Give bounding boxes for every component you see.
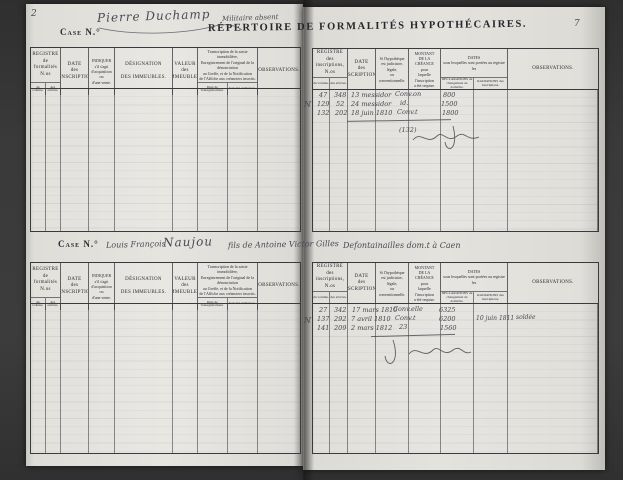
entry-declaration: 10 juin 1811 <box>476 315 514 322</box>
col-montant: MONTANT DE LA CRÉANCE pour laquelle l'in… <box>409 49 441 90</box>
transcriptions-table-bottom-body <box>31 304 300 453</box>
date-header: DATE des INSCRIPTIONS. <box>348 263 375 304</box>
col-date: DATE des INSCRIPTIONS. <box>348 263 376 304</box>
transcriptions-table-top-header: REGISTRE de formalités N.os du volume. d… <box>31 48 300 89</box>
signature-flourish <box>375 334 475 370</box>
sub-volume-header: du volume. <box>313 78 330 90</box>
mid-case-name-handwriting: Naujou <box>163 234 213 249</box>
col-registre: REGISTRE des inscriptions, N.os du volum… <box>313 263 348 304</box>
entry-hyp: 23 <box>399 323 407 331</box>
dates-header: DATES sous lesquelles sont portées au re… <box>441 263 507 291</box>
entry-montant: 800 <box>443 91 455 99</box>
inscriptions-table-bottom: REGISTRE des inscriptions, N.os du volum… <box>312 262 599 454</box>
sub-articles-header: des articles. <box>330 78 347 90</box>
date-header: DATE des INSCRIPTIONS. <box>348 49 375 90</box>
name-underline-swash <box>95 22 245 36</box>
entry-hyp: Conv.elle <box>393 305 423 313</box>
entry-art: 292 <box>334 315 346 323</box>
col-dates: DATES sous lesquelles sont portées au re… <box>441 49 508 90</box>
entry-date: 7 avril 1810 <box>351 315 391 323</box>
entry-vol: 141 <box>317 324 329 332</box>
inscriptions-table-top-header: REGISTRE des inscriptions, N.os du volum… <box>313 49 598 90</box>
col-hypotheque: Si l'hypothèque est judiciaire, légale, … <box>376 263 409 304</box>
declarations-header: DÉCLARATIONS de changement de domicile. <box>441 78 474 90</box>
registre-header: REGISTRE des inscriptions, N.os <box>313 263 347 291</box>
col-observations: OBSERVATIONS. <box>508 49 598 90</box>
montant-header: MONTANT DE LA CRÉANCE pour laquelle l'in… <box>409 49 440 90</box>
registre-header: REGISTRE de formalités N.os <box>31 48 60 82</box>
mid-case-note-handwriting: fils de Antoine Victor Gilles <box>228 239 339 250</box>
entry-art: 348 <box>334 91 346 99</box>
col-dates: DATES sous lesquelles sont portées au re… <box>441 263 508 304</box>
entry-vol: 129 <box>317 100 329 108</box>
registre-header: REGISTRE de formalités N.os <box>31 263 60 297</box>
inscriptions-table-bottom-body: N 27 342 17 mars 1810 Conv.elle 6325 137… <box>313 304 598 453</box>
entry-vol: 132 <box>317 109 329 117</box>
entry-date: 24 messidor <box>351 100 391 108</box>
entry-vol: 27 <box>319 306 327 314</box>
declarations-header: DÉCLARATIONS de changement de domicile. <box>441 292 474 304</box>
transcriptions-table-bottom-header: REGISTRE de formalités N.os du volume. d… <box>31 263 300 304</box>
mid-case-name-pre-handwriting: Louis François <box>106 239 166 250</box>
entry-hyp: id. <box>400 99 408 107</box>
col-montant: MONTANT DE LA CRÉANCE pour laquelle l'in… <box>409 263 441 304</box>
inscriptions-table-top-body: N 47 348 13 messidor Conv.on 800 129 52 … <box>313 90 598 231</box>
entry-vol: 137 <box>317 315 329 323</box>
right-folio-number: 7 <box>574 19 580 29</box>
saisie-header: Transcription de la saisie immobilière, … <box>198 263 257 297</box>
observations-header: OBSERVATIONS. <box>508 263 598 304</box>
entry-montant: 6325 <box>439 306 456 314</box>
entry-art: 209 <box>334 324 346 332</box>
entry-date: 2 mars 1812 <box>351 324 392 332</box>
entry-art: 202 <box>335 109 347 117</box>
entry-art: 52 <box>336 100 344 108</box>
col-hypotheque: Si l'hypothèque est judiciaire, légale, … <box>376 49 409 90</box>
signature-flourish <box>409 122 494 152</box>
montant-header: MONTANT DE LA CRÉANCE pour laquelle l'in… <box>409 263 440 304</box>
hypotheque-header: Si l'hypothèque est judiciaire, légale, … <box>376 263 408 304</box>
col-date: DATE des INSCRIPTIONS. <box>348 49 376 90</box>
entry-montant: 1800 <box>442 109 459 117</box>
radiations-header: RADIATIONS des inscriptions. <box>474 78 507 90</box>
radiations-header: RADIATIONS des inscriptions. <box>474 292 507 304</box>
mid-case-label: Case N.° <box>58 239 99 249</box>
entry-date: 13 messidor <box>351 91 391 99</box>
saisie-header: Transcription de la saisie immobilière, … <box>198 48 257 82</box>
entry-hyp: Conv.t <box>395 314 416 322</box>
mid-case-note2-handwriting: Defontainailles dom.t à Caen <box>343 241 461 250</box>
observations-header: OBSERVATIONS. <box>508 49 598 90</box>
transcriptions-table-top: REGISTRE de formalités N.os du volume. d… <box>30 47 301 232</box>
sub-volume-header: du volume. <box>313 292 330 304</box>
transcriptions-table-bottom: REGISTRE de formalités N.os du volume. d… <box>30 262 301 454</box>
registre-header: REGISTRE des inscriptions, N.os <box>313 49 347 77</box>
entry-montant: 6200 <box>439 315 456 323</box>
entry-date: 17 mars 1810 <box>352 306 397 314</box>
entry-art: 342 <box>334 306 346 314</box>
col-observations: OBSERVATIONS. <box>508 263 598 304</box>
entry-date: 18 juin 1810 <box>351 109 392 117</box>
entry-radiation: soldée <box>516 314 536 321</box>
margin-mark: N <box>304 316 311 325</box>
entry-montant: 1500 <box>441 100 458 108</box>
hypotheque-header: Si l'hypothèque est judiciaire, légale, … <box>376 49 408 90</box>
entry-vol: 47 <box>319 91 327 99</box>
left-folio-number: 2 <box>31 9 37 19</box>
col-registre: REGISTRE des inscriptions, N.os du volum… <box>313 49 348 90</box>
entry-montant: 1560 <box>440 324 457 332</box>
transcriptions-table-top-body <box>31 89 300 231</box>
entry-hyp: Conv.on <box>395 90 421 98</box>
entry-hyp: Conv.t <box>397 108 418 116</box>
sub-articles-header: des articles. <box>330 292 347 304</box>
inscriptions-table-top: REGISTRE des inscriptions, N.os du volum… <box>312 48 599 232</box>
dates-header: DATES sous lesquelles sont portées au re… <box>441 49 507 77</box>
margin-mark: N <box>304 100 311 109</box>
inscriptions-table-bottom-header: REGISTRE des inscriptions, N.os du volum… <box>313 263 598 304</box>
